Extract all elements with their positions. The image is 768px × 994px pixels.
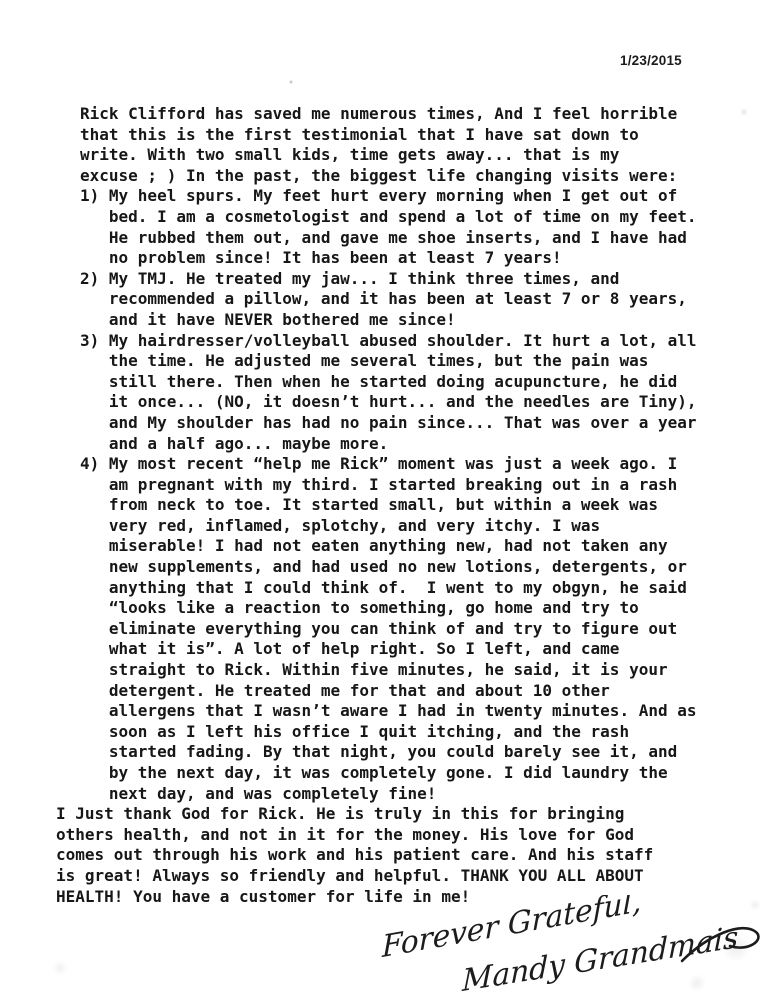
list-item-3: 3) My hairdresser/volleyball abused shou… (80, 331, 716, 455)
opening-paragraph: Rick Clifford has saved me numerous time… (80, 104, 716, 186)
scanned-letter-page: 1/23/2015 Rick Clifford has saved me num… (0, 0, 768, 994)
closing-paragraph: I Just thank God for Rick. He is truly i… (56, 804, 716, 907)
list-item-2: 2) My TMJ. He treated my jaw... I think … (80, 269, 716, 331)
handwritten-signature: Forever Grateful, Mandy Grandmais (370, 895, 768, 994)
letter-date: 1/23/2015 (620, 53, 682, 68)
list-item-1: 1) My heel spurs. My feet hurt every mor… (80, 186, 716, 268)
letter-body: Rick Clifford has saved me numerous time… (56, 104, 716, 907)
list-item-4: 4) My most recent “help me Rick” moment … (80, 454, 716, 804)
